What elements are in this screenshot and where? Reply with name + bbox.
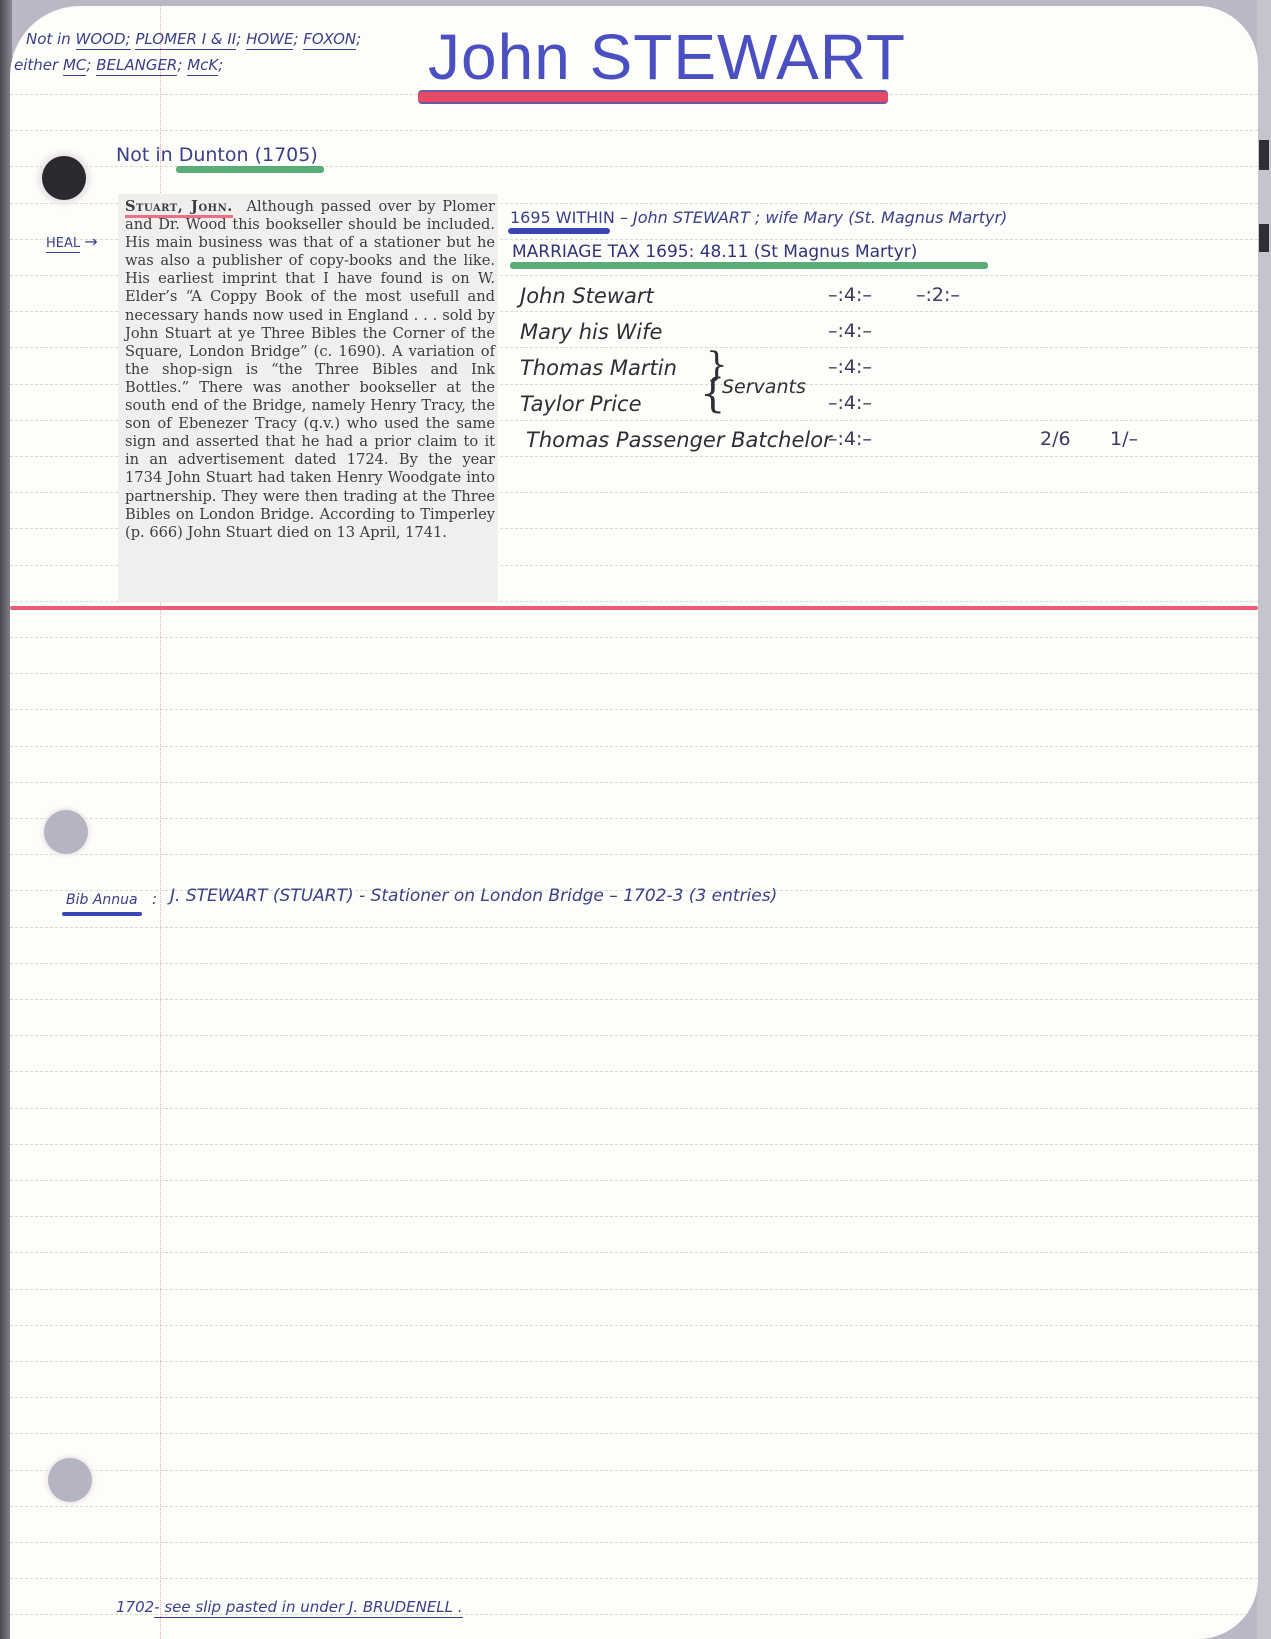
ruled-line <box>10 1289 1258 1290</box>
ruled-line <box>10 854 1258 855</box>
tax-row-amount: –:4:– <box>828 392 872 414</box>
ruled-line <box>10 1071 1258 1072</box>
ruled-line <box>10 1035 1258 1036</box>
notebook-page: Not in WOOD; PLOMER I & II; HOWE; FOXON;… <box>10 6 1258 1639</box>
ruled-line <box>10 637 1258 638</box>
within-1695-line: 1695 WITHIN – John STEWART ; wife Mary (… <box>510 208 1007 227</box>
ruled-line <box>10 1325 1258 1326</box>
tax-row-name: John Stewart <box>520 284 654 308</box>
section-divider <box>10 606 1258 610</box>
punch-hole-middle <box>44 810 88 854</box>
tax-row-amount: –:4:– <box>828 428 872 450</box>
ruled-line <box>10 673 1258 674</box>
tax-row-extra: –:2:– <box>916 284 960 306</box>
tax-row-col3: 2/6 <box>1040 428 1071 450</box>
tax-row-amount: –:4:– <box>828 356 872 378</box>
bib-annua-sep: : <box>152 890 157 908</box>
bib-annua-entry: J. STEWART (STUART) - Stationer on Londo… <box>170 886 777 906</box>
header-note-line-2: either MC; BELANGER; McK; <box>14 56 223 74</box>
tax-row-name: Thomas Martin <box>520 356 677 380</box>
ruled-line <box>10 130 1258 131</box>
dunton-note: Not in Dunton (1705) <box>116 144 318 166</box>
tax-row-amount: –:4:– <box>828 320 872 342</box>
pasted-clipping: Stuart, John. Although passed over by Pl… <box>118 194 498 602</box>
ruled-line <box>10 818 1258 819</box>
ruled-line <box>10 1252 1258 1253</box>
tax-row-col4: 1/– <box>1110 428 1138 450</box>
ruled-line <box>10 1542 1258 1543</box>
ruled-line <box>10 1144 1258 1145</box>
marriage-tax-heading: MARRIAGE TAX 1695: 48.11 (St Magnus Mart… <box>512 242 917 262</box>
clipping-lead: Stuart, John. <box>125 198 233 218</box>
punch-hole-bottom <box>48 1458 92 1502</box>
tax-row-name: Mary his Wife <box>520 320 662 344</box>
ruled-line <box>10 1506 1258 1507</box>
tax-row-name: Thomas Passenger Batchelor <box>526 428 832 452</box>
servants-label: Servants <box>722 376 806 398</box>
header-note-line-1: Not in WOOD; PLOMER I & II; HOWE; FOXON; <box>26 30 361 48</box>
ruled-line <box>10 963 1258 964</box>
scanner-edge-right <box>1257 0 1271 1639</box>
tax-row-name: Taylor Price <box>520 392 642 416</box>
ruled-line <box>10 927 1258 928</box>
dunton-highlight <box>176 166 324 173</box>
within-highlight <box>508 228 610 234</box>
ruled-line <box>10 1361 1258 1362</box>
ruled-line <box>10 1397 1258 1398</box>
ruled-line <box>10 999 1258 1000</box>
heal-label: HEAL → <box>46 232 98 251</box>
ruled-line <box>10 1216 1258 1217</box>
ruled-line <box>10 1108 1258 1109</box>
footer-note: 1702- see slip pasted in under J. BRUDEN… <box>116 1598 463 1616</box>
clipping-body: Although passed over by Plomer and Dr. W… <box>125 198 495 541</box>
tax-row-amount: –:4:– <box>828 284 872 306</box>
ruled-line <box>10 1180 1258 1181</box>
marriage-tax-highlight <box>510 262 988 269</box>
ruled-line <box>10 746 1258 747</box>
bib-annua-highlight <box>62 912 142 916</box>
ruled-line <box>10 1433 1258 1434</box>
bib-annua-label: Bib Annua <box>66 892 138 908</box>
punch-hole-top <box>42 156 86 200</box>
ruled-line <box>10 1470 1258 1471</box>
page-title: John STEWART <box>428 20 906 94</box>
ruled-line <box>10 1578 1258 1579</box>
ruled-line <box>10 782 1258 783</box>
ruled-line <box>10 709 1258 710</box>
